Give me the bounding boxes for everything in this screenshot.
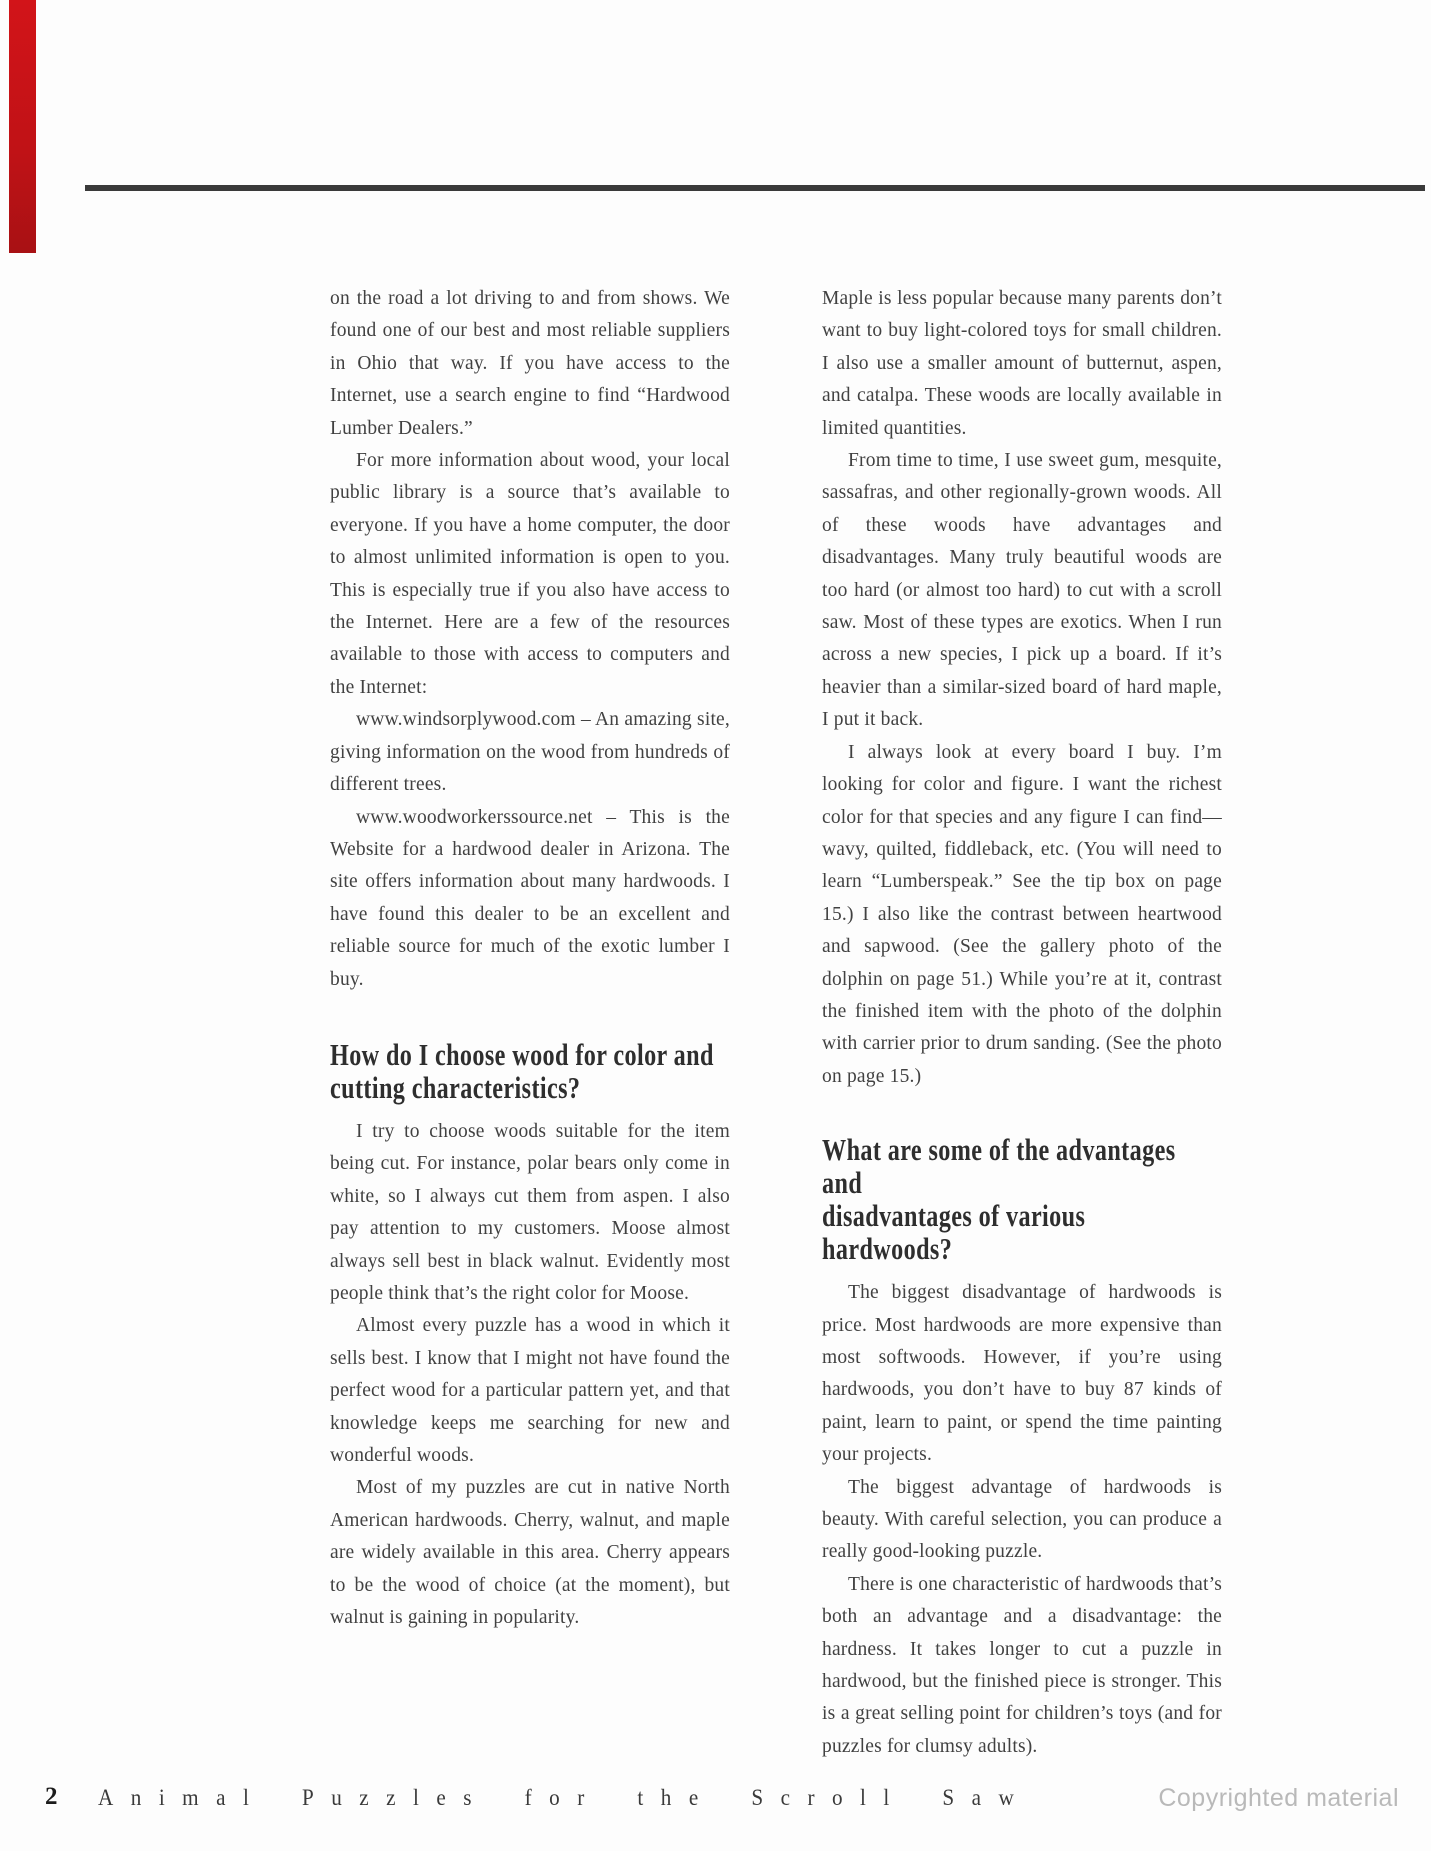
section-heading-line: cutting characteristics? xyxy=(330,1071,729,1104)
body-paragraph: There is one characteristic of hardwoods… xyxy=(822,1569,1222,1763)
section-heading: What are some of the advantages and disa… xyxy=(822,1133,1221,1265)
book-title: Animal Puzzles for the Scroll Saw xyxy=(98,1785,1031,1811)
book-edge-red-strip xyxy=(9,0,36,253)
body-paragraph: Maple is less popular because many paren… xyxy=(822,283,1222,445)
body-paragraph: I always look at every board I buy. I’m … xyxy=(822,737,1222,1093)
body-paragraph: Most of my puzzles are cut in native Nor… xyxy=(330,1472,730,1634)
page-footer: 2 Animal Puzzles for the Scroll Saw Copy… xyxy=(0,1780,1431,1820)
body-paragraph-url: www.woodworkerssource.net – This is the … xyxy=(330,802,730,996)
body-paragraph: I try to choose woods suitable for the i… xyxy=(330,1116,730,1310)
body-paragraph: The biggest disadvantage of hardwoods is… xyxy=(822,1277,1222,1471)
body-paragraph: For more information about wood, your lo… xyxy=(330,445,730,704)
top-horizontal-rule xyxy=(85,185,1425,191)
page-number: 2 xyxy=(45,1783,58,1811)
copyright-watermark: Copyrighted material xyxy=(1158,1784,1399,1813)
section-heading-line: How do I choose wood for color and xyxy=(330,1038,729,1071)
section-heading-line: disadvantages of various hardwoods? xyxy=(822,1199,1221,1265)
body-paragraph: on the road a lot driving to and from sh… xyxy=(330,283,730,445)
body-paragraph: From time to time, I use sweet gum, mesq… xyxy=(822,445,1222,737)
body-paragraph-url: www.windsorplywood.com – An amazing site… xyxy=(330,704,730,801)
body-paragraph: The biggest advantage of hardwoods is be… xyxy=(822,1472,1222,1569)
section-heading: How do I choose wood for color and cutti… xyxy=(330,1038,729,1104)
body-paragraph: Almost every puzzle has a wood in which … xyxy=(330,1310,730,1472)
right-text-column: Maple is less popular because many paren… xyxy=(822,283,1222,1763)
left-text-column: on the road a lot driving to and from sh… xyxy=(330,283,730,1634)
section-heading-line: What are some of the advantages and xyxy=(822,1133,1221,1199)
